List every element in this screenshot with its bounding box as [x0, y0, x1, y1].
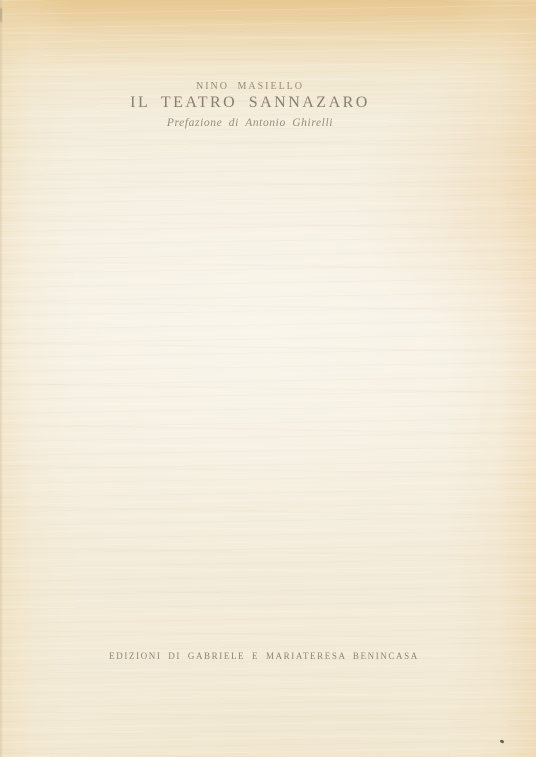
title-block: NINO MASIELLO IL TEATRO SANNAZARO Prefaz…: [0, 81, 500, 130]
cover-text-layer: NINO MASIELLO IL TEATRO SANNAZARO Prefaz…: [0, 0, 536, 757]
author-name: NINO MASIELLO: [0, 81, 500, 93]
publisher-imprint: EDIZIONI DI GABRIELE E MARIATERESA BENIN…: [0, 651, 528, 661]
edge-smudge: [0, 8, 2, 22]
book-cover-photo: NINO MASIELLO IL TEATRO SANNAZARO Prefaz…: [0, 0, 536, 757]
book-title: IL TEATRO SANNAZARO: [0, 94, 500, 112]
preface-credit: Prefazione di Antonio Ghirelli: [0, 117, 500, 130]
